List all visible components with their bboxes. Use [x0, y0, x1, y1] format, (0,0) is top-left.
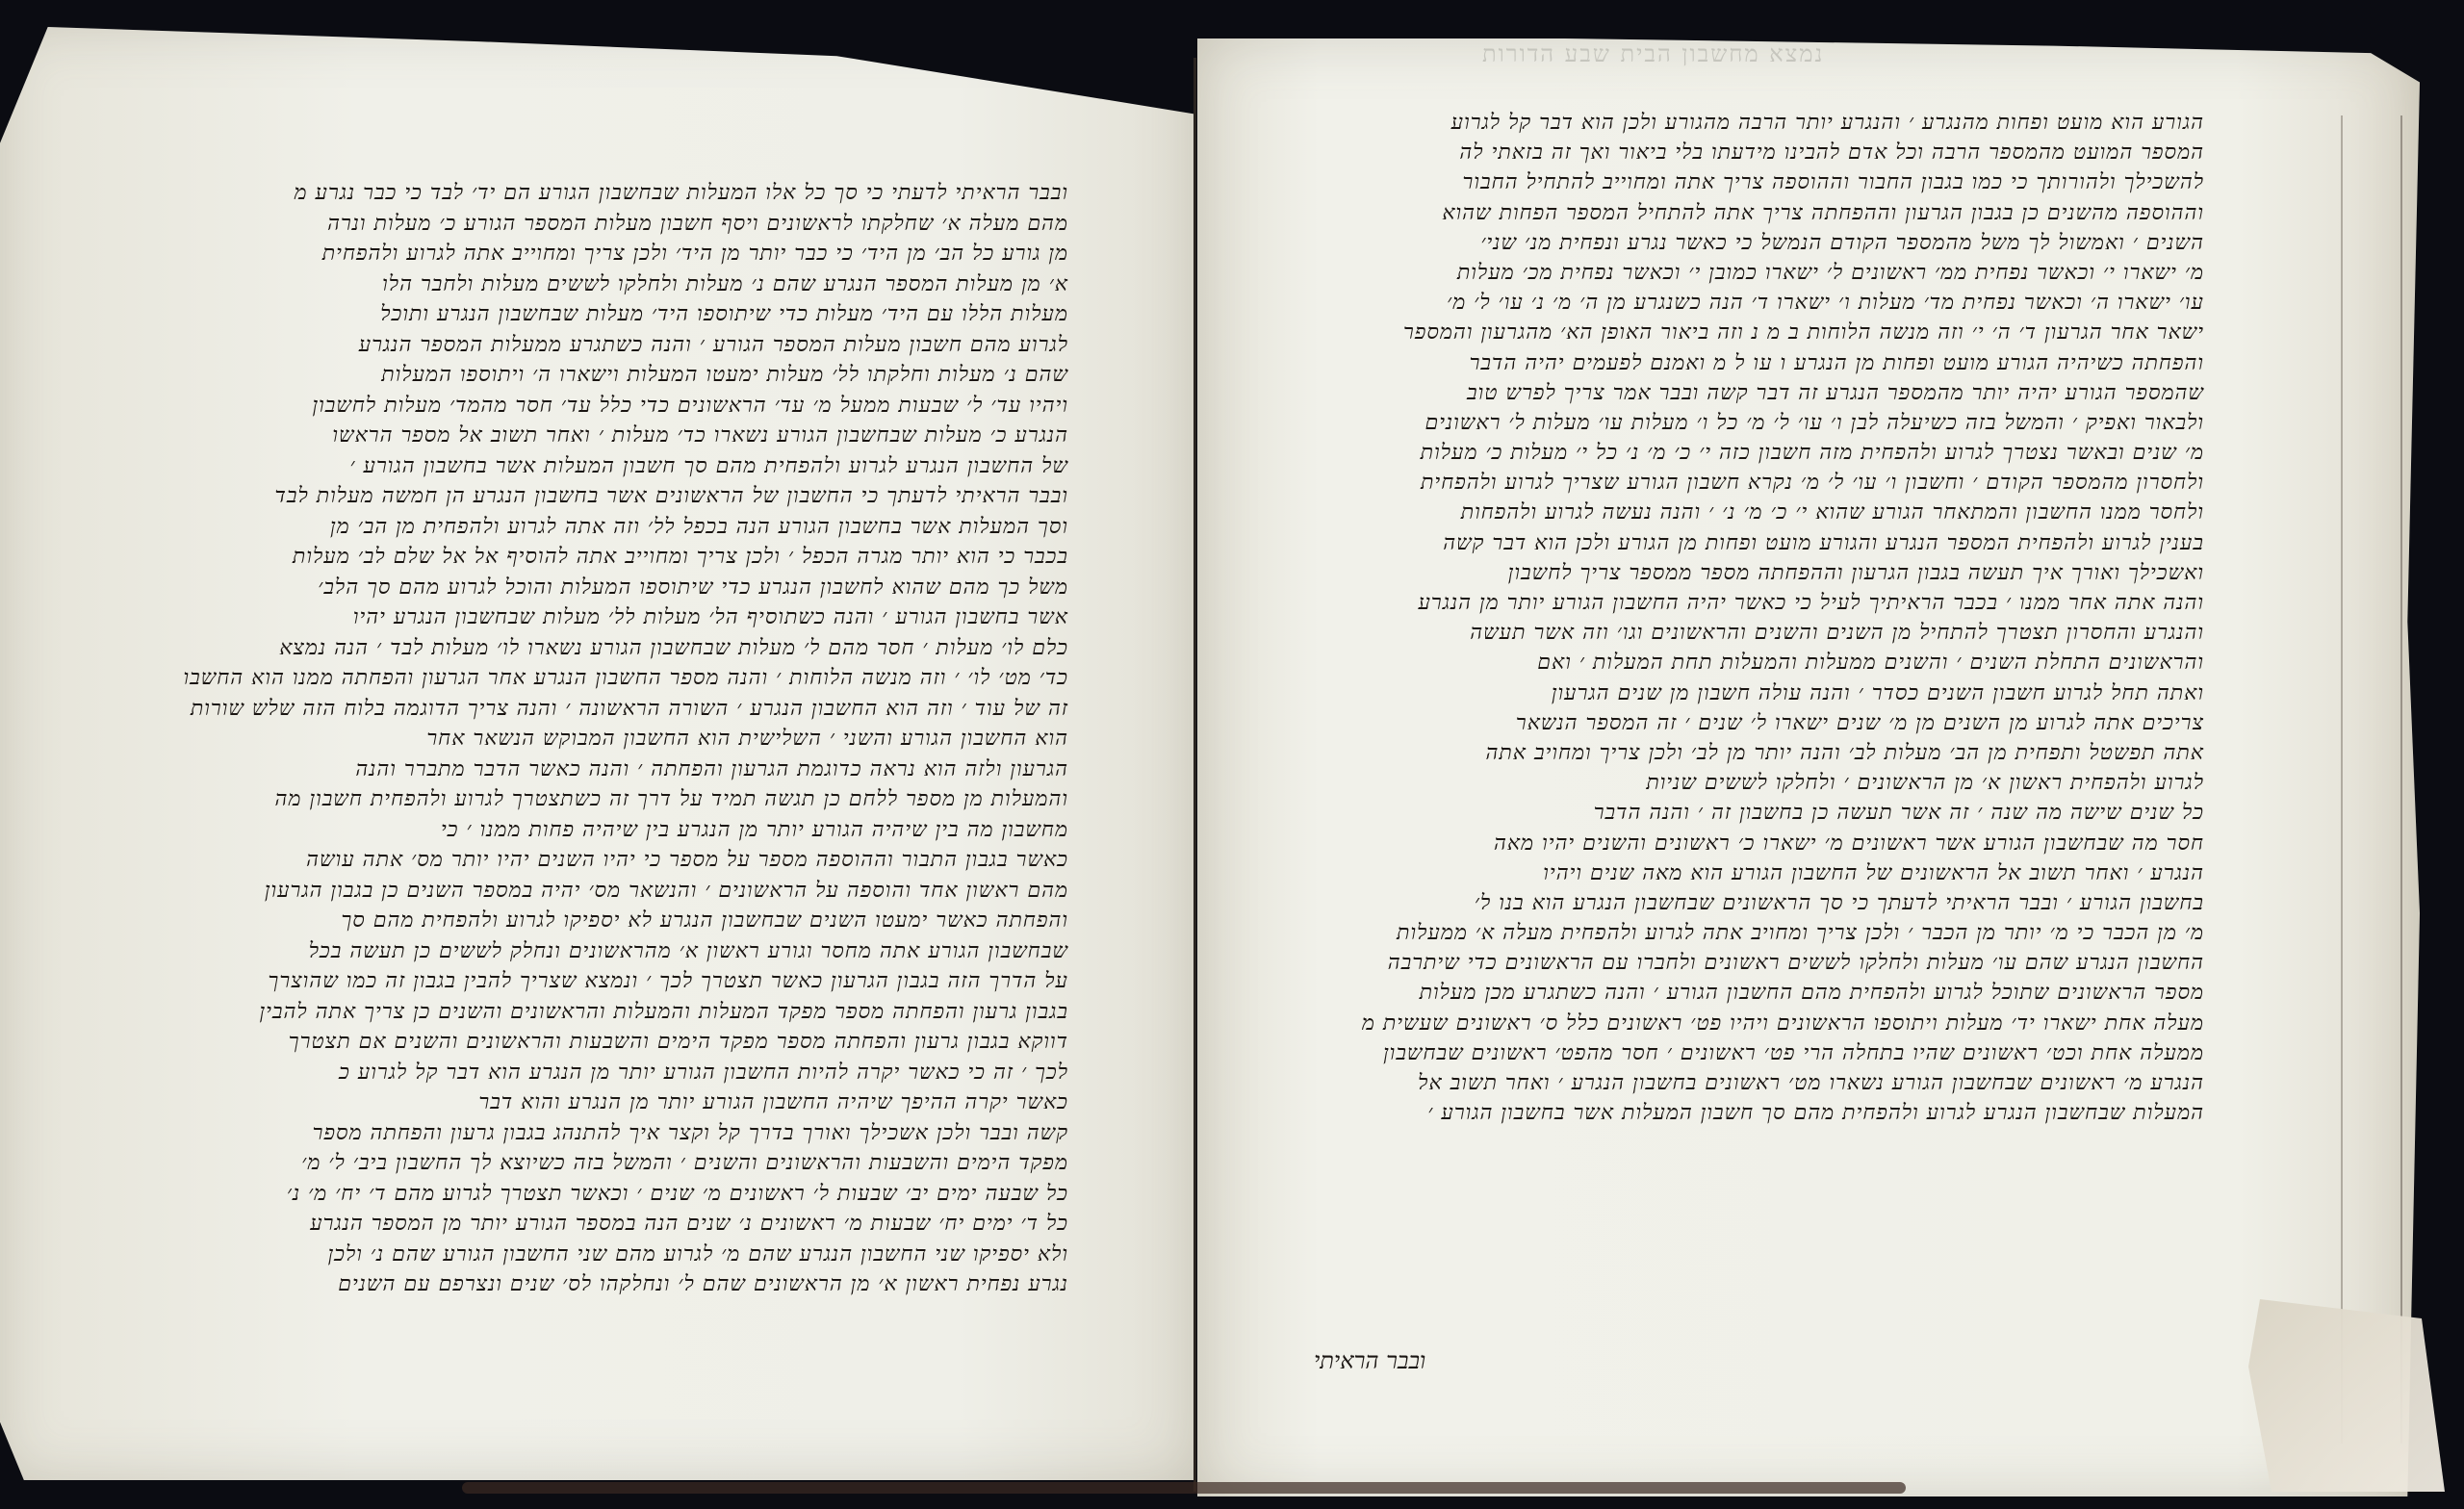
manuscript-line: ובבר הראיתי לדעתך כי החשבון של הראשונים … [183, 481, 1068, 512]
bottom-edge-shadow [462, 1482, 1906, 1494]
manuscript-line: ובבר הראיתי לדעתי כי סך כל אלו המעלות שב… [183, 178, 1068, 209]
manuscript-line: וההוספה מהשנים כן בגבון הגרעון וההפחתה צ… [1290, 198, 2204, 228]
manuscript-line: מ׳ מן הכבר כי מ׳ יותר מן הכבר ׳ ולכן צרי… [1290, 918, 2204, 948]
manuscript-line: של החשבון הנגרע לגרוע ולהפחית מהם סך חשב… [183, 451, 1068, 482]
manuscript-line: השנים ׳ ואמשול לך משל מהמספר הקודם הנמשל… [1290, 228, 2204, 258]
manuscript-line: ואתה תחל לגרוע חשבון השנים כסדר ׳ והנה ע… [1290, 678, 2204, 708]
manuscript-line: הנגרע ׳ ואחר תשוב אל הראשונים של החשבון … [1290, 858, 2204, 888]
manuscript-line: מ׳ שנים ובאשר נצטרך לגרוע ולהפחית מזה חש… [1290, 438, 2204, 468]
page-stack-edges [2341, 115, 2402, 1444]
manuscript-line: המעלות שבחשבון הנגרע לגרוע ולהפחית מהם ס… [1290, 1098, 2204, 1128]
manuscript-line: שהמספר הגורע יהיה יותר מהמספר הנגרע זה ד… [1290, 378, 2204, 408]
manuscript-line: הנגרע כ׳ מעלות שבחשבון הגורע נשארו כד׳ מ… [183, 421, 1068, 451]
manuscript-line: והנגרע והחסרון תצטרך להתחיל מן השנים והש… [1290, 618, 2204, 648]
manuscript-line: מפקד הימים והשבעות והראשונים והשנים ׳ וה… [183, 1148, 1068, 1179]
manuscript-line: כד׳ מט׳ לו׳ ׳ וזה מנשה הלוחות ׳ והנה מספ… [183, 663, 1068, 694]
manuscript-line: קשה ובבר ולכן אשכילך ואורך בדרך קל וקצר … [183, 1118, 1068, 1149]
manuscript-line: אשר בחשבון הגורע ׳ והנה כשתוסיף הל׳ מעלו… [183, 602, 1068, 633]
manuscript-line: הוא החשבון הגורע והשני ׳ השלישית הוא החש… [183, 724, 1068, 754]
manuscript-line: צריכים אתה לגרוע מן השנים מן מ׳ שנים ישא… [1290, 708, 2204, 738]
manuscript-line: לגרוע ולהפחית ראשון א׳ מן הראשונים ׳ ולח… [1290, 768, 2204, 798]
manuscript-line: מעלה אחת ישארו יד׳ מעלות ויתוספו הראשוני… [1290, 1009, 2204, 1038]
manuscript-line: והראשונים התחלת השנים ׳ והשנים ממעלות וה… [1290, 648, 2204, 678]
manuscript-line: המספר המועט מהמספר הרבה וכל אדם להבינו מ… [1290, 138, 2204, 167]
manuscript-line: זה של עוד ׳ וזה הוא החשבון הנגרע ׳ השורה… [183, 694, 1068, 725]
catchword: ובבר הראיתי [1314, 1347, 1425, 1375]
manuscript-line: ולחסרון מהמספר הקודם ׳ וחשבון ו׳ עו׳ ל׳ … [1290, 468, 2204, 498]
manuscript-line: לגרוע מהם חשבון מעלות המספר הגורע ׳ והנה… [183, 330, 1068, 361]
manuscript-line: הגורע הוא מועט ופחות מהנגרע ׳ והנגרע יות… [1290, 108, 2204, 138]
manuscript-line: מ׳ ישארו י׳ וכאשר נפחית ממ׳ ראשונים ל׳ י… [1290, 258, 2204, 288]
manuscript-line: כאשר בגבון התבור וההוספה מספר על מספר כי… [183, 845, 1068, 876]
manuscript-line: משל כך מהם שהוא לחשבון הנגרע כדי שיתוספו… [183, 573, 1068, 603]
manuscript-line: והפחתה כאשר ימעטו השנים שבחשבון הנגרע לא… [183, 906, 1068, 936]
manuscript-line: בכבר כי הוא יותר מגרה הכפל ׳ ולכן צריך ו… [183, 542, 1068, 573]
manuscript-line: דווקא בגבון גרעון והפחתה מספר מפקד הימים… [183, 1027, 1068, 1058]
manuscript-line: אתה תפשטל ותפחית מן הב׳ מעלות לב׳ והנה י… [1290, 738, 2204, 768]
manuscript-line: הנגרע מ׳ ראשונים שבחשבון הגורע נשארו מט׳… [1290, 1068, 2204, 1098]
manuscript-line: ולבאור ואפיק ׳ והמשל בזה כשיעלה לבן ו׳ ע… [1290, 408, 2204, 438]
manuscript-line: והנה אתה אחר ממנו ׳ בכבר הראיתיך לעיל כי… [1290, 588, 2204, 618]
manuscript-line: שהם נ׳ מעלות וחלקתו לל׳ מעלות ימעטו המעל… [183, 360, 1068, 391]
manuscript-line: להשכילך ולהורותך כי כמו בגבון החבור וההו… [1290, 167, 2204, 197]
manuscript-line: מהם מעלה א׳ שחלקתו לראשונים ויסף חשבון מ… [183, 209, 1068, 240]
manuscript-line: כלם לו׳ מעלות ׳ חסר מהם ל׳ מעלות שבחשבון… [183, 633, 1068, 664]
manuscript-line: בחשבון הגורע ׳ ובבר הראיתי לדעתך כי סך ה… [1290, 888, 2204, 918]
manuscript-line: וסך המעלות אשר בחשבון הגורע הנה בכפל לל׳… [183, 512, 1068, 543]
right-page-text: הגורע הוא מועט ופחות מהנגרע ׳ והנגרע יות… [1290, 108, 2204, 1128]
left-page-text: ובבר הראיתי לדעתי כי סך כל אלו המעלות שב… [183, 178, 1068, 1300]
manuscript-line: שבחשבון הגורע אתה מחסר וגורע ראשון א׳ מה… [183, 936, 1068, 967]
manuscript-line: בגבון גרעון והפחתה מספר מפקד המעלות והמע… [183, 997, 1068, 1028]
manuscript-line: נגרע נפחית ראשון א׳ מן הראשונים שהם ל׳ ו… [183, 1269, 1068, 1300]
manuscript-line: כל ד׳ ימים יח׳ שבעות מ׳ ראשונים נ׳ שנים … [183, 1209, 1068, 1240]
manuscript-line: ולא יספיקו שני החשבון הנגרע שהם מ׳ לגרוע… [183, 1240, 1068, 1270]
book-gutter [1193, 58, 1196, 1492]
manuscript-line: ואשכילך ואורך איך תעשה בגבון הגרעון וההפ… [1290, 558, 2204, 588]
manuscript-line: החשבון הנגרע שהם עו׳ מעלות ולחלקו לששים … [1290, 948, 2204, 978]
manuscript-line: והמעלות מן מספר ללחם כן תגשה תמיד על דרך… [183, 784, 1068, 815]
manuscript-line: והפחתה כשיהיה הגורע מועט ופחות מן הנגרע … [1290, 348, 2204, 378]
manuscript-line: מעלות הללו עם היד׳ מעלות כדי שיתוספו היד… [183, 299, 1068, 330]
manuscript-line: ממעלה אחת וכט׳ ראשונים שהיו בתחלה הרי פט… [1290, 1038, 2204, 1068]
manuscript-line: א׳ מן מעלות המספר הנגרע שהם נ׳ מעלות ולח… [183, 269, 1068, 300]
manuscript-line: ישאר אחר הגרעון ד׳ ה׳ י׳ וזה מנשה הלוחות… [1290, 318, 2204, 347]
manuscript-line: הגרעון ולזה הוא נראה כדוגמת הגרעון והפחת… [183, 754, 1068, 785]
manuscript-line: כל שנים שישה מה שנה ׳ זה אשר תעשה כן בחש… [1290, 798, 2204, 828]
manuscript-line: ולחסר ממנו החשבון והמתאחר הגורע שהוא י׳ … [1290, 498, 2204, 527]
manuscript-line: לכך ׳ זה כי כאשר יקרה להיות החשבון הגורע… [183, 1058, 1068, 1088]
manuscript-line: עו׳ ישארו ה׳ וכאשר נפחית מד׳ מעלות ו׳ יש… [1290, 288, 2204, 318]
manuscript-line: מחשבון מה בין שיהיה הגורע יותר מן הנגרע … [183, 815, 1068, 846]
manuscript-line: על הדרך הזה בגבון הגרעון כאשר תצטרך לכך … [183, 966, 1068, 997]
manuscript-line: חסר מה שבחשבון הגורע אשר ראשונים מ׳ ישאר… [1290, 829, 2204, 858]
manuscript-line: כל שבעה ימים יב׳ שבעות ל׳ ראשונים מ׳ שני… [183, 1179, 1068, 1210]
manuscript-line: מן גורע כל הב׳ מן היד׳ כי כבר יותר מן הי… [183, 239, 1068, 269]
open-manuscript: נמצא מחשבון הבית שבע הדורות ובבר הראיתי … [0, 0, 2464, 1509]
manuscript-line: ויהיו עד׳ ל׳ שבעות ממעל מ׳ עד׳ הראשונים … [183, 391, 1068, 422]
manuscript-line: מספר הראשונים שתוכל לגרוע ולהפחית מהם הח… [1290, 978, 2204, 1008]
manuscript-line: מהם ראשון אחד והוספה על הראשונים ׳ והנשא… [183, 876, 1068, 907]
faded-running-header: נמצא מחשבון הבית שבע הדורות [1482, 40, 1824, 68]
manuscript-line: כאשר יקרה ההיפך שיהיה החשבון הגורע יותר … [183, 1087, 1068, 1118]
manuscript-line: בענין לגרוע ולהפחית המספר הנגרע והגורע מ… [1290, 528, 2204, 558]
